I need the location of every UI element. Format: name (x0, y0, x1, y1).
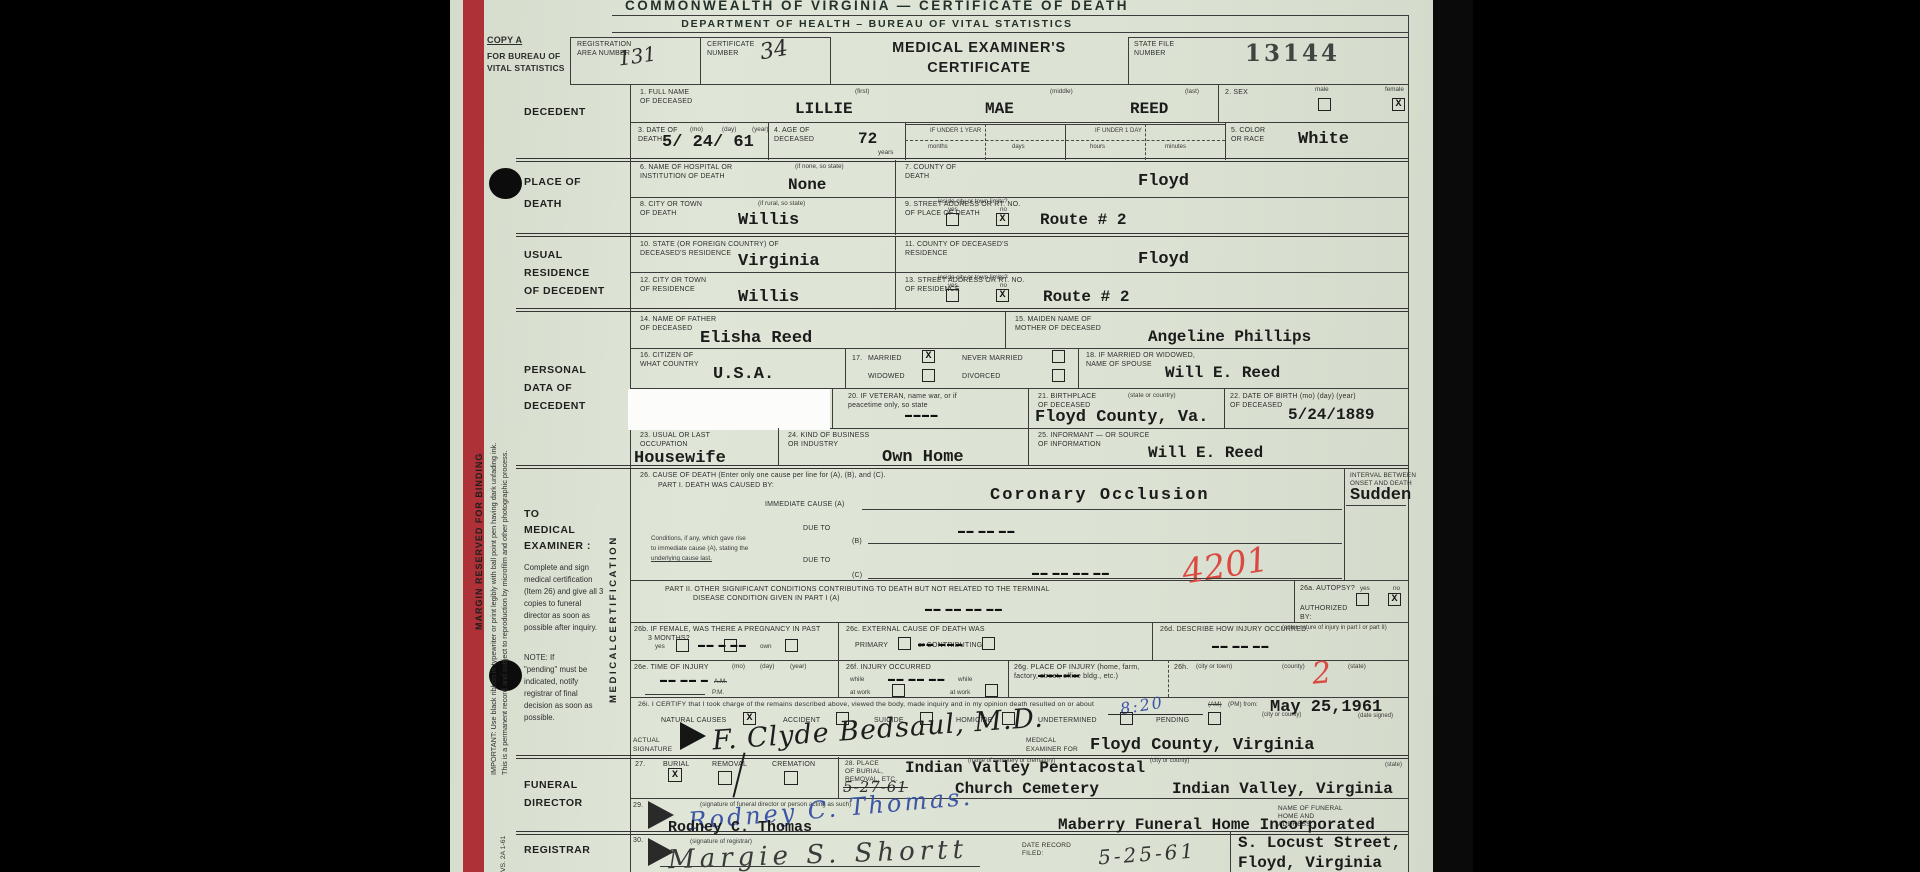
field26b-yes-label: yes (655, 643, 665, 650)
first-hint: (first) (855, 88, 869, 95)
divorced-checkbox (1052, 369, 1065, 382)
conditions-note3: underlying cause last. (651, 555, 712, 562)
hospital-value: None (788, 176, 826, 194)
rule (1408, 15, 1409, 872)
form-number: VS. 2A 1-61 (500, 812, 507, 872)
date-of-death-value: 5/ 24/ 61 (662, 133, 754, 152)
rule (570, 84, 1408, 85)
rule (612, 15, 1408, 16)
part2-label1: PART II. OTHER SIGNIFICANT CONDITIONS CO… (665, 585, 1050, 594)
name-first-value: LILLIE (795, 100, 853, 118)
field28-city-hint: (city or county) (1150, 758, 1189, 764)
field1-label1: 1. FULL NAME (640, 88, 689, 97)
field12-label1: 12. CITY OR TOWN (640, 276, 706, 285)
state-file-label2: NUMBER (1134, 49, 1166, 58)
margin-binding-text: MARGIN RESERVED FOR BINDING (474, 300, 484, 630)
interval-value: Sudden (1350, 486, 1411, 505)
rule (1346, 505, 1406, 506)
field7-label1: 7. COUNTY OF (905, 163, 956, 172)
immediate-cause-label: IMMEDIATE CAUSE (A) (765, 500, 845, 509)
mother-name-value: Angeline Phillips (1148, 328, 1311, 346)
autopsy-no-label: no (1393, 585, 1400, 592)
examiner-note-line2: medical certification (524, 574, 592, 586)
field25-label1: 25. INFORMANT — OR SOURCE (1038, 431, 1149, 440)
rule (1005, 312, 1006, 348)
months-label: months (928, 144, 948, 150)
pending-label: PENDING (1156, 716, 1189, 725)
citizen-value: U.S.A. (713, 365, 774, 384)
field26d-hint: (enter nature of injury in part I or par… (1282, 625, 1387, 631)
copy-a-line3: VITAL STATISTICS (487, 64, 565, 73)
medical-certification-vertical-label: M E D I C A L C E R T I F I C A T I O N (608, 488, 619, 703)
paper-edge-shadow (1433, 0, 1473, 872)
at-work2-label: at work (950, 689, 970, 696)
autopsy-label: 26a. AUTOPSY? (1300, 584, 1355, 593)
medical-examiners-title2: CERTIFICATE (832, 60, 1126, 76)
funeral-home-value: Maberry Funeral Home Incorporated (1058, 816, 1375, 834)
city-or-town-hint: (city or town) (1196, 663, 1232, 670)
section-to-medical-examiner1: TO (524, 508, 539, 520)
field26f-dashes: ▬▬ ▬▬ ▬▬ (888, 676, 946, 683)
city-of-death-value: Willis (738, 211, 799, 230)
rule (1028, 388, 1029, 428)
conditions-note1: Conditions, if any, which gave rise (651, 535, 746, 542)
field6-label2: INSTITUTION OF DEATH (640, 172, 725, 181)
rule (1078, 348, 1079, 388)
field4-label1: 4. AGE OF (774, 126, 810, 135)
street-residence-value: Route # 2 (1043, 288, 1129, 306)
rule (660, 866, 980, 867)
field26b-dashes: ▬▬ ▬ ▬▬ (698, 642, 747, 649)
not-at-work-checkbox (985, 684, 998, 697)
rule (905, 140, 1225, 141)
rule (832, 388, 833, 428)
field14-label1: 14. NAME OF FATHER (640, 315, 716, 324)
examiner-note-line1: Complete and sign (524, 562, 589, 574)
field23-label1: 23. USUAL OR LAST (640, 431, 710, 440)
widowed-checkbox (922, 369, 935, 382)
field27-number: 27. (635, 760, 645, 769)
age-value: 72 (858, 130, 877, 148)
field5-label1: 5. COLOR (1231, 126, 1265, 135)
field26e-label: 26e. TIME OF INJURY (634, 663, 709, 672)
cause-a-value: Coronary Occlusion (990, 486, 1210, 505)
field13-label1: 13. STREET ADDRESS OR RT. NO. (905, 276, 1025, 285)
field26b-label1: 26b. IF FEMALE, WAS THERE A PREGNANCY IN… (634, 625, 821, 634)
pending-note-line2: "pending" must be (524, 664, 587, 676)
red-number-2: 2 (1311, 655, 1333, 692)
field26e-day-hint: (day) (760, 663, 774, 670)
rule (838, 622, 839, 660)
state-hint: (state) (1348, 663, 1366, 670)
section-personal-data3: DECEDENT (524, 400, 586, 412)
field26g-label1: 26g. PLACE OF INJURY (home, farm, (1014, 663, 1139, 672)
rule (1128, 37, 1408, 38)
field13-label2: OF RESIDENCE (905, 285, 960, 294)
rule (895, 160, 896, 235)
never-married-checkbox (1052, 350, 1065, 363)
rule (630, 580, 1408, 581)
part2-label2: DISEASE CONDITION GIVEN IN PART I (A) (693, 594, 840, 603)
field18-label1: 18. IF MARRIED OR WIDOWED, (1086, 351, 1195, 360)
rule (516, 308, 1408, 312)
years-label: years (878, 149, 893, 156)
section-place-of-death2: DEATH (524, 198, 562, 210)
street-of-death-value: Route # 2 (1040, 211, 1126, 229)
field8-no-checkbox: X (996, 213, 1009, 226)
medical-examiners-title1: MEDICAL EXAMINER'S (832, 40, 1126, 56)
field16-label1: 16. CITIZEN OF (640, 351, 693, 360)
if-under-1-year-label: IF UNDER 1 YEAR (930, 128, 981, 134)
certificate-number-label1: CERTIFICATE (707, 40, 754, 49)
field18-label2: NAME OF SPOUSE (1086, 360, 1152, 369)
field6-label1: 6. NAME OF HOSPITAL OR (640, 163, 732, 172)
county-of-death-value: Floyd (1138, 172, 1189, 191)
county-residence-value: Floyd (1138, 250, 1189, 269)
while1-label: while (850, 676, 864, 683)
examiner-jurisdiction-value: Floyd County, Virginia (1090, 736, 1314, 755)
rule (1218, 84, 1219, 122)
field26b-yes-checkbox (676, 639, 689, 652)
rule (868, 543, 1342, 544)
burial-checkbox: X (668, 768, 682, 782)
rule (1028, 428, 1029, 466)
redaction-white-box (628, 389, 830, 430)
rule (1152, 622, 1153, 660)
field26-label1: 26. CAUSE OF DEATH (Enter only one cause… (640, 471, 886, 480)
section-decedent: DECEDENT (524, 106, 586, 118)
rule (645, 694, 705, 695)
field26g-dashes: ▬▬▬▬▬ (1038, 672, 1081, 679)
field15-label2: MOTHER OF DECEASED (1015, 324, 1101, 333)
undetermined-label: UNDETERMINED (1038, 716, 1097, 725)
while2-label: while (958, 676, 972, 683)
rule (630, 348, 1408, 349)
rule (1168, 660, 1169, 697)
rule (630, 197, 1408, 198)
field10-label2: DECEASED'S RESIDENCE (640, 249, 731, 258)
primary-label: PRIMARY (855, 641, 888, 650)
cause-b-label: (B) (852, 537, 862, 546)
rule (570, 37, 571, 84)
field3-label2: DEATH (638, 135, 662, 144)
never-married-label: NEVER MARRIED (962, 354, 1023, 363)
field26b-unknown-checkbox (785, 639, 798, 652)
rule (630, 660, 1408, 661)
medical-examiner-for-label1: MEDICAL (1026, 736, 1056, 745)
rule (1224, 388, 1225, 428)
rule (516, 158, 1408, 162)
state-file-value-stamp: 13144 (1245, 40, 1340, 67)
rule (845, 348, 846, 388)
field24-label2: OR INDUSTRY (788, 440, 838, 449)
section-usual-residence1: USUAL (524, 249, 563, 261)
name-last-value: REED (1130, 100, 1168, 118)
rule (630, 622, 1408, 623)
widowed-label: WIDOWED (868, 372, 905, 381)
year-hint: (year) (752, 126, 768, 133)
hours-label: hours (1090, 144, 1105, 150)
rule (612, 32, 1408, 33)
am-label: A.M. (714, 678, 727, 685)
field10-label1: 10. STATE (OR FOREIGN COUNTRY) OF (640, 240, 779, 249)
day-hint: (day) (722, 126, 736, 133)
last-hint: (last) (1185, 88, 1199, 95)
copy-a-label: COPY A (487, 36, 522, 45)
business-value: Own Home (882, 448, 964, 467)
field26d-dashes: ▬▬ ▬▬ ▬▬ (1212, 643, 1270, 650)
name-middle-value: MAE (985, 100, 1014, 118)
field4-label2: DECEASED (774, 135, 814, 144)
father-name-value: Elisha Reed (700, 329, 812, 348)
pending-note-line6: possible. (524, 712, 555, 724)
date-of-birth-value: 5/24/1889 (1288, 406, 1374, 424)
field12-label2: OF RESIDENCE (640, 285, 695, 294)
rule (1230, 831, 1231, 872)
field26e-dashes: ▬▬ ▬▬ ▬ (660, 677, 709, 684)
due-to-label2: DUE TO (803, 556, 830, 565)
field1-label2: OF DECEASED (640, 97, 692, 106)
field30-number: 30. (633, 836, 643, 845)
city-residence-value: Willis (738, 288, 799, 307)
rule (1225, 122, 1226, 160)
examiner-note-line3: (Item 26) and give all 3 (524, 586, 603, 598)
rule (630, 798, 1408, 799)
date-signed-hint: (date signed) (1358, 713, 1393, 719)
contributing-checkbox (982, 637, 995, 650)
pending-checkbox (1208, 712, 1221, 725)
section-usual-residence2: RESIDENCE (524, 267, 590, 279)
field8-label2: OF DEATH (640, 209, 676, 218)
rule (862, 509, 1342, 510)
divorced-label: DIVORCED (962, 372, 1001, 381)
section-registrar: REGISTRAR (524, 844, 590, 856)
registrar-address-line2: Floyd, Virginia (1238, 854, 1382, 872)
field20-label2: peacetime only, so state (848, 401, 928, 410)
sex-label: 2. SEX (1225, 88, 1248, 97)
funeral-director-typed-name: Rodney C. Thomas (668, 819, 812, 836)
signature-arrow-icon (680, 722, 706, 750)
field25-label2: OF INFORMATION (1038, 440, 1101, 449)
autopsy-yes-checkbox (1356, 593, 1369, 606)
undetermined-checkbox (1120, 712, 1133, 725)
field15-label1: 15. MAIDEN NAME OF (1015, 315, 1091, 324)
autopsy-yes-label: yes (1360, 585, 1370, 592)
field6-hint: (if none, so state) (795, 163, 844, 170)
cremation-label: CREMATION (772, 760, 815, 769)
examiner-note-line4: copies to funeral (524, 598, 581, 610)
color-race-value: White (1298, 130, 1349, 149)
rule (1128, 37, 1129, 84)
field16-label2: WHAT COUNTRY (640, 360, 699, 369)
state-file-label1: STATE FILE (1134, 40, 1174, 49)
section-funeral-director2: DIRECTOR (524, 797, 583, 809)
conditions-note2: to immediate cause (A), stating the (651, 545, 748, 552)
certificate-subtitle: DEPARTMENT OF HEALTH – BUREAU OF VITAL S… (520, 18, 1234, 30)
removal-checkbox (718, 771, 732, 785)
middle-hint: (middle) (1050, 88, 1073, 95)
section-to-medical-examiner2: MEDICAL (524, 524, 575, 536)
if-under-1-day-label: IF UNDER 1 DAY (1095, 128, 1142, 134)
field9-label1: 9. STREET ADDRESS OR RT. NO. (905, 200, 1020, 209)
rule (830, 37, 831, 84)
veteran-dashes: ▬▬▬▬ (905, 412, 939, 419)
certificate-title: COMMONWEALTH OF VIRGINIA — CERTIFICATE O… (520, 0, 1234, 13)
birthplace-value: Floyd County, Va. (1035, 408, 1208, 427)
am-strike-label: (AM) (1208, 701, 1222, 708)
section-place-of-death1: PLACE OF (524, 176, 581, 188)
field7-label2: DEATH (905, 172, 929, 181)
cause-b-dashes: ▬▬ ▬▬ ▬▬ (958, 528, 1016, 535)
married-label: MARRIED (868, 354, 902, 363)
field17-number: 17. (852, 354, 862, 363)
field23-label2: OCCUPATION (640, 440, 688, 449)
burial-place-value2: Church Cemetery (955, 780, 1099, 798)
copy-a-line2: FOR BUREAU OF (487, 52, 560, 61)
margin-important-line2: This is a permanent record and subject t… (500, 165, 509, 775)
field26b-own-label: own (760, 643, 772, 650)
field26c-dashes: ▬▬ ▬▬▬ (918, 641, 964, 648)
section-personal-data2: DATA OF (524, 382, 572, 394)
primary-checkbox (898, 637, 911, 650)
authorized-label1: AUTHORIZED (1300, 604, 1348, 613)
pending-note-line4: registrar of final (524, 688, 578, 700)
field22-label1: 22. DATE OF BIRTH (mo) (day) (year) (1230, 392, 1356, 401)
rule (905, 122, 906, 160)
rule (516, 233, 1408, 237)
field26e-mo-hint: (mo) (732, 663, 745, 670)
rule (630, 84, 631, 872)
rule (1145, 124, 1146, 160)
at-work1-label: at work (850, 689, 870, 696)
field24-label1: 24. KIND OF BUSINESS (788, 431, 869, 440)
male-checkbox (1318, 98, 1331, 111)
rule (778, 428, 779, 466)
field14-label2: OF DECEASED (640, 324, 692, 333)
field21-label1: 21. BIRTHPLACE (1038, 392, 1096, 401)
informant-value: Will E. Reed (1148, 444, 1263, 462)
minutes-label: minutes (1165, 144, 1186, 150)
rule (1294, 580, 1295, 622)
county-hint: (county) (1282, 663, 1305, 670)
field28-state-hint: (state) (1385, 762, 1402, 768)
pending-note-line1: NOTE: If (524, 652, 554, 664)
rule (868, 578, 1342, 579)
section-usual-residence3: OF DECEDENT (524, 285, 605, 297)
field29-number: 29. (633, 801, 643, 810)
field8-hint: (if rural, so state) (758, 200, 805, 207)
field26e-year-hint: (year) (790, 663, 806, 670)
actual-signature-label1: ACTUAL (633, 736, 660, 745)
state-residence-value: Virginia (738, 252, 820, 271)
section-personal-data1: PERSONAL (524, 364, 586, 376)
rule (1344, 468, 1345, 580)
field22-label2: OF DECEASED (1230, 401, 1282, 410)
field12-no-checkbox: X (996, 289, 1009, 302)
field5-label2: OR RACE (1231, 135, 1264, 144)
married-checkbox: X (922, 350, 935, 363)
part2-dashes: ▬▬ ▬▬ ▬▬ ▬▬ (925, 606, 1003, 613)
rule (895, 237, 896, 310)
field26f-label: 26f. INJURY OCCURRED (846, 663, 931, 672)
field26h-number: 26h. (1174, 663, 1188, 672)
examiner-note-line6: possible after inquiry. (524, 622, 597, 634)
section-to-medical-examiner3: EXAMINER : (524, 540, 591, 552)
date-filed-label2: FILED: (1022, 849, 1043, 858)
field9-label2: OF PLACE OF DEATH (905, 209, 980, 218)
examiner-note-line5: director as soon as (524, 610, 590, 622)
certificate-number-value: 34 (758, 36, 790, 65)
burial-place-value1: Indian Valley Pentacostal (905, 759, 1145, 777)
days-label: days (1012, 144, 1025, 150)
section-funeral-director1: FUNERAL (524, 779, 578, 791)
scanned-death-certificate: MARGIN RESERVED FOR BINDING IMPORTANT: U… (0, 0, 1920, 872)
mo-hint: (mo) (690, 126, 703, 133)
pm-label: P.M. (712, 689, 724, 696)
field11-label2: RESIDENCE (905, 249, 948, 258)
rule (1008, 660, 1009, 697)
rule (1065, 124, 1066, 160)
cause-c-label: (C) (852, 571, 862, 580)
rule (700, 37, 701, 84)
female-checkbox: X (1392, 98, 1405, 111)
rule (985, 124, 986, 160)
occupation-value: Housewife (634, 449, 726, 468)
due-to-label1: DUE TO (803, 524, 830, 533)
cremation-checkbox (784, 771, 798, 785)
authorized-label2: BY: (1300, 613, 1312, 622)
field11-label1: 11. COUNTY OF DECEASED'S (905, 240, 1009, 249)
male-label: male (1315, 86, 1329, 93)
margin-important-line1: IMPORTANT: Use black ribbon in typewrite… (489, 165, 498, 775)
registrar-address-line1: S. Locust Street, (1238, 834, 1401, 852)
field26-label2: PART I. DEATH WAS CAUSED BY: (658, 481, 774, 490)
pending-note-line5: decision as soon as (524, 700, 592, 712)
rule (630, 122, 1408, 123)
burial-city-value: Indian Valley, Virginia (1172, 780, 1393, 798)
field21-hint: (state or country) (1128, 392, 1176, 399)
at-work-checkbox (892, 684, 905, 697)
cause-c-dashes: ▬▬ ▬▬ ▬▬ ▬▬ (1032, 570, 1110, 577)
autopsy-no-checkbox: X (1388, 593, 1401, 606)
rule (630, 272, 1408, 273)
actual-signature-label2: SIGNATURE (633, 745, 672, 754)
spouse-value: Will E. Reed (1165, 364, 1280, 382)
field8-label1: 8. CITY OR TOWN (640, 200, 702, 209)
female-label: female (1385, 86, 1404, 93)
field20-label1: 20. IF VETERAN, name war, or if (848, 392, 957, 401)
pending-note-line3: indicated, notify (524, 676, 578, 688)
pm-from-label: (PM) from: (1228, 701, 1258, 708)
certificate-number-label2: NUMBER (707, 49, 739, 58)
rule (838, 757, 839, 798)
medical-examiner-for-label2: EXAMINER FOR (1026, 745, 1078, 754)
field26c-label: 26c. EXTERNAL CAUSE OF DEATH WAS (846, 625, 985, 634)
rule (838, 660, 839, 697)
